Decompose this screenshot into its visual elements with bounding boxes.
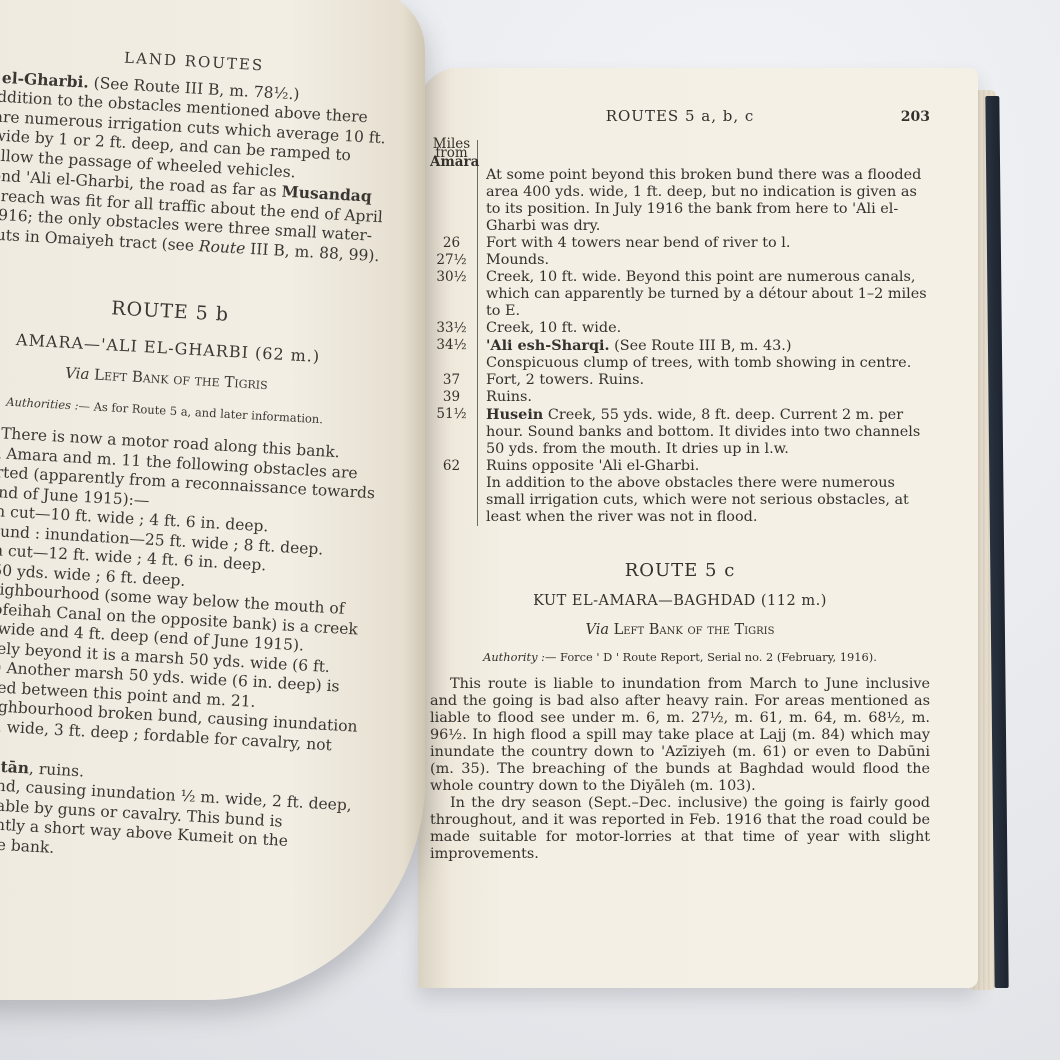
left-page-content: LAND ROUTES 'Ali el-Gharbi. (See Route I… [0, 40, 399, 875]
mile-value: 62 [430, 458, 478, 475]
itinerary-entry: Husein Creek, 55 yds. wide, 8 ft. deep. … [478, 406, 930, 458]
mile-value: 39 [430, 389, 478, 406]
route-5c-title: ROUTE 5 c [430, 562, 930, 579]
route-5c-authority: Authority :— Force ' D ' Route Report, S… [430, 649, 930, 666]
mile-value: 37 [430, 372, 478, 389]
mile-value: 34½ [430, 337, 478, 355]
route-5c-paragraph: This route is liable to inundation from … [430, 676, 930, 795]
itinerary-entry: Ruins opposite 'Ali el-Gharbi. [478, 458, 930, 475]
itinerary-entry: Creek, 10 ft. wide. Beyond this point ar… [478, 269, 930, 320]
route-5c-via: Via Left Bank of the Tigris [430, 622, 930, 639]
left-page: LAND ROUTES 'Ali el-Gharbi. (See Route I… [0, 0, 425, 1000]
itinerary-entry: Fort with 4 towers near bend of river to… [478, 235, 930, 252]
right-page-content: ROUTES 5 a, b, c 203 Miles from Amara At… [430, 108, 930, 863]
itinerary-entry: At some point beyond this broken bund th… [478, 167, 930, 235]
itinerary-entry: Creek, 10 ft. wide. [478, 320, 930, 337]
mile-value: 30½ [430, 269, 478, 320]
mile-value: 51½ [430, 406, 478, 458]
mile-value: 26 [430, 235, 478, 252]
mile-value: 33½ [430, 320, 478, 337]
route-5b-title: ROUTE 5 b [0, 291, 385, 334]
itinerary-table: Miles from Amara At some point beyond th… [430, 140, 930, 526]
route-5c-subtitle: KUT EL-AMARA—BAGHDAD (112 m.) [430, 593, 930, 610]
itinerary-entry: In addition to the above obstacles there… [478, 475, 930, 526]
mile-value: 27½ [430, 252, 478, 269]
itinerary-entry: Ruins. [478, 389, 930, 406]
right-running-head: ROUTES 5 a, b, c 203 [430, 108, 930, 126]
itinerary-entry: Fort, 2 towers. Ruins. [478, 372, 930, 389]
miles-column-header: Miles from Amara [430, 140, 478, 167]
route-5b-body: Amara. There is now a motor road along t… [0, 420, 378, 875]
route-5c-paragraph: In the dry season (Sept.–Dec. inclusive)… [430, 795, 930, 863]
place-name: 'Ali el-Gharbi. [0, 65, 89, 91]
page-number: 203 [890, 109, 930, 126]
itinerary-entry: 'Ali esh-Sharqi. (See Route III B, m. 43… [478, 337, 930, 355]
itinerary-entry: Conspicuous clump of trees, with tomb sh… [478, 355, 930, 372]
itinerary-entry: Mounds. [478, 252, 930, 269]
